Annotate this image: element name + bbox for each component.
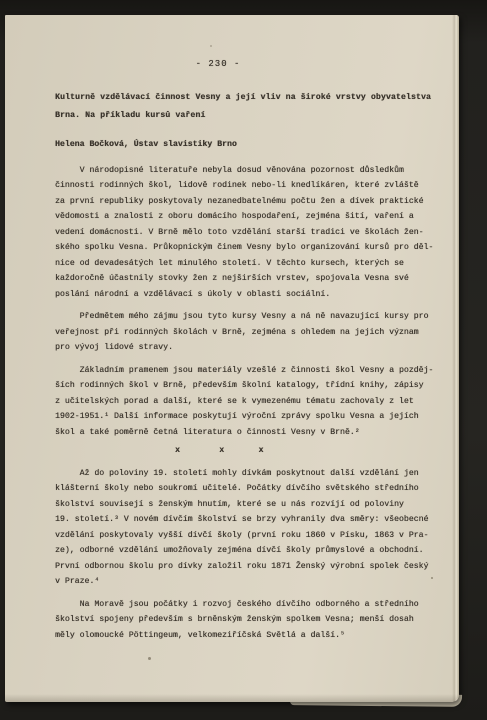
page-bottom-shadow [5,694,459,702]
article-title: Kulturně vzdělávací činnost Vesny a její… [55,89,445,125]
text-column: Kulturně vzdělávací činnost Vesny a její… [55,89,445,643]
document-page: - 230 - Kulturně vzdělávací činnost Vesn… [5,15,459,702]
paragraph-history-schools: Až do poloviny 19. století mohly dívkám … [55,466,445,590]
author-line: Helena Bočková, Ústav slavistiky Brno [55,137,445,153]
page-number: - 230 - [0,59,445,69]
paragraph-introduction: V národopisné literatuře nebyla dosud vě… [55,163,445,303]
paper-speck [431,577,433,579]
paper-speck [210,45,212,47]
paragraph-moravia: Na Moravě jsou počátky i rozvoj českého … [55,597,445,644]
paper-speck [148,657,151,660]
scanned-page-photo: - 230 - Kulturně vzdělávací činnost Vesn… [0,0,487,720]
page-fore-edge [452,15,459,702]
paragraph-sources: Základním pramenem jsou materiály vzešlé… [55,363,445,441]
section-separator: x x x [175,443,445,459]
paragraph-subject: Předmětem mého zájmu jsou tyto kursy Ves… [55,309,445,356]
